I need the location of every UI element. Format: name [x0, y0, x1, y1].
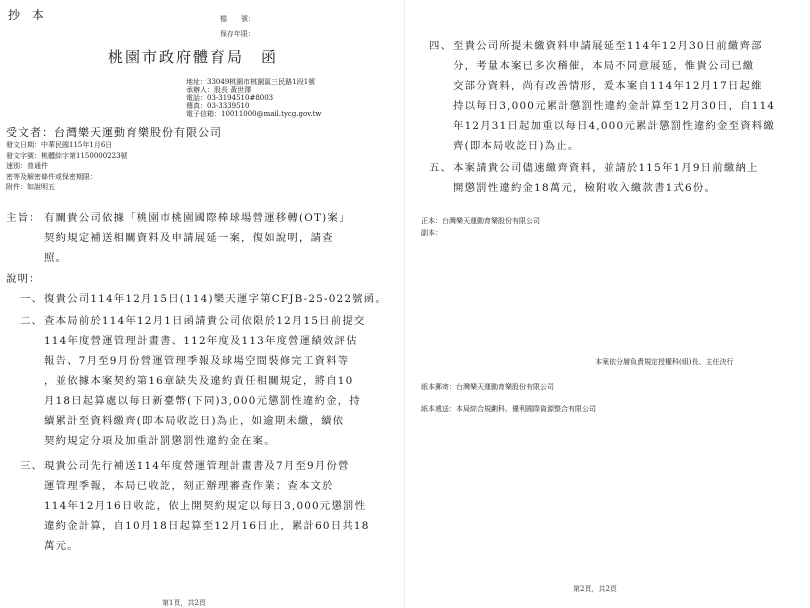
item-line: 交部分資料，尚有改善情形，爰本案自114年12月17日起維 [429, 76, 775, 96]
item-line: 齊(即本局收訖日)為止。 [429, 136, 775, 156]
item-number: 五、 [429, 158, 453, 178]
issue-info: 發文日期：中華民國115年1月6日 發文字號：桃體綜字第1150000223號 … [6, 140, 128, 193]
explanation-item-2: 二、查本局前於114年12月1日函請貴公司依限於12月15日前提交 114年度營… [20, 311, 366, 451]
file-number-label: 檔 號： [220, 14, 255, 24]
item-line: 114年12月16日收訖，依上開契約規定以每日3,000元懲罰性 [20, 496, 370, 516]
item-line: 114年度營運管理計畫書、112年度及113年度營運績效評估 [20, 331, 366, 351]
item-line: 復貴公司114年12月15日(114)樂天運字第CFJB-25-022號函。 [44, 293, 387, 305]
page-footer: 第2頁，共2頁 [573, 584, 617, 594]
explanation-heading: 說明： [6, 269, 41, 289]
item-line: 契約規定分項及加重計罰懲罰性違約金在案。 [20, 431, 366, 451]
copy-recipient: 副本： [421, 228, 442, 238]
item-line: 本案請貴公司儘速繳齊資料，並請於115年1月9日前繳納上 [453, 162, 759, 174]
item-line: 月18日起算處以每日新臺幣(下同)3,000元懲罰性違約金，持 [20, 391, 366, 411]
contact-email: 電子信箱：10011000@mail.tycg.gov.tw [186, 110, 321, 118]
urgency: 速別：普通件 [6, 161, 128, 172]
item-number: 一、 [20, 289, 44, 309]
item-line: 萬元。 [20, 536, 370, 556]
issue-date: 發文日期：中華民國115年1月6日 [6, 140, 128, 151]
document-page-1: 抄 本 檔 號： 保存年限： 桃園市政府體育局 函 地址：33049桃園市桃園區… [0, 0, 405, 608]
subject-line: 照。 [6, 248, 351, 268]
document-page-2: 四、至貴公司所提未繳資料申請展延至114年12月30日前繳齊部 分，考量本案已多… [405, 0, 810, 608]
item-line: 違約金計算，自10月18日起算至12月16日止，累計60日共18 [20, 516, 370, 536]
attachment: 附件：如說明五 [6, 182, 128, 193]
paper-mail: 紙本郵寄：台灣樂天運動育樂股份有限公司 [421, 382, 554, 392]
retention-period-label: 保存年限： [220, 29, 255, 39]
contact-block: 地址：33049桃園市桃園區三民路1段1號 承辦人：股長 黃世澤 電話：03-3… [186, 78, 321, 118]
item-line: 至貴公司所提未繳資料申請展延至114年12月30日前繳齊部 [453, 40, 763, 52]
item-line: 開懲罰性違約金18萬元，檢附收入繳款書1式6份。 [429, 178, 759, 198]
explanation-item-5: 五、本案請貴公司儘速繳齊資料，並請於115年1月9日前繳納上 開懲罰性違約金18… [429, 158, 759, 198]
item-line: 年12月31日起加重以每日4,000元累計懲罰性違約金至資料繳 [429, 116, 775, 136]
item-line: 續累計至資料繳齊(即本局收訖日)為止，如逾期未繳，續依 [20, 411, 366, 431]
copy-mark: 抄 本 [8, 6, 48, 23]
explanation-item-4: 四、至貴公司所提未繳資料申請展延至114年12月30日前繳齊部 分，考量本案已多… [429, 36, 775, 156]
item-number: 四、 [429, 36, 453, 56]
item-line: 運管理季報，本局已收訖，刻正辦理審查作業；查本文於 [20, 476, 370, 496]
subject-line: 契約規定補送相關資料及申請展延一案，復如說明，請查 [6, 228, 351, 248]
contact-address: 地址：33049桃園市桃園區三民路1段1號 [186, 78, 321, 86]
subject-line: 有關貴公司依據「桃園市桃園國際棒球場營運移轉(OT)案」 [44, 212, 351, 224]
item-number: 三、 [20, 456, 44, 476]
item-line: 現貴公司先行補送114年度營運管理計畫書及7月至9月份營 [44, 460, 350, 472]
subject-label: 主旨： [6, 208, 44, 228]
page-footer: 第1頁，共2頁 [162, 598, 206, 608]
item-line: ，並依據本案契約第16章缺失及違約責任相關規定，將自10 [20, 371, 366, 391]
item-line: 持以每日3,000元累計懲罰性違約金計算至12月30日，自114 [429, 96, 775, 116]
contact-handler: 承辦人：股長 黃世澤 [186, 86, 321, 94]
original-recipient: 正本：台灣樂天運動育樂股份有限公司 [421, 216, 540, 226]
contact-fax: 傳真：03-3339510 [186, 102, 321, 110]
authorization-note: 本案依分層負責規定授權科(組)長、主任決行 [595, 357, 733, 367]
paper-delivery: 紙本遞送：本局綜合規劃科、優利國際資源整合有限公司 [421, 404, 596, 414]
document-title: 桃園市政府體育局 函 [108, 46, 278, 67]
explanation-item-3: 三、現貴公司先行補送114年度營運管理計畫書及7月至9月份營 運管理季報，本局已… [20, 456, 370, 556]
confidentiality: 密等及解密條件或保密期限： [6, 172, 128, 183]
contact-phone: 電話：03-3194510#8003 [186, 94, 321, 102]
subject: 主旨：有關貴公司依據「桃園市桃園國際棒球場營運移轉(OT)案」 契約規定補送相關… [6, 208, 351, 268]
item-line: 分，考量本案已多次稽催，本局不同意展延，惟貴公司已繳 [429, 56, 775, 76]
recipient: 受文者：台灣樂天運動育樂股份有限公司 [6, 124, 222, 140]
item-line: 報告、7月至9月份營運管理季報及球場空間裝修完工資料等 [20, 351, 366, 371]
issue-number: 發文字號：桃體綜字第1150000223號 [6, 151, 128, 162]
explanation-item-1: 一、復貴公司114年12月15日(114)樂天運字第CFJB-25-022號函。 [20, 289, 387, 309]
item-number: 二、 [20, 311, 44, 331]
item-line: 查本局前於114年12月1日函請貴公司依限於12月15日前提交 [44, 315, 366, 327]
